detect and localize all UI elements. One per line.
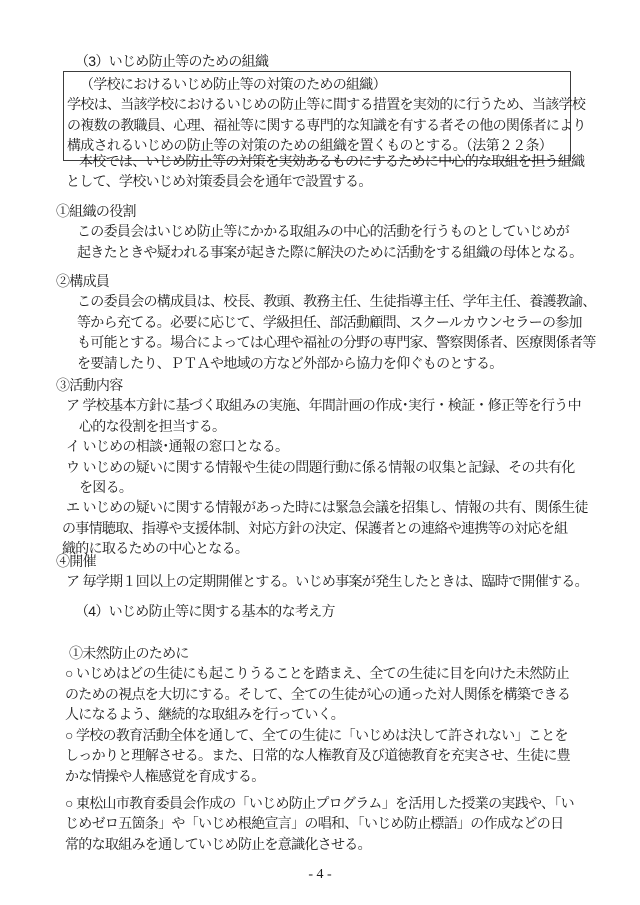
list-item-e: エ いじめの疑いに関する情報があった時には緊急会議を招集し、情報の共有、関係生徒 — [66, 497, 588, 517]
org-role-heading: ①組織の役割 — [56, 201, 582, 221]
list-item-e-cont: の事情聴取、指導や支援体制、対応方針の決定、保護者との連絡や連携等の対応を組 — [62, 518, 588, 538]
section-meeting: ④開催 ア 毎学期１回以上の定期開催とする。いじめ事案が発生したときは、臨時で開… — [56, 551, 588, 592]
intro-paragraph: 本校では、いじめ防止等の対策を実効あるものにするために中心的な取組を担う組織 と… — [66, 151, 584, 192]
meeting-heading: ④開催 — [56, 551, 588, 571]
list-item-u-cont: を図る。 — [79, 477, 588, 497]
list-item-a-cont: 心的な役割を担当する。 — [79, 416, 588, 436]
section-prevention: ①未然防止のために ○ いじめはどの生徒にも起こりうることを踏まえ、全ての生徒に… — [65, 643, 570, 725]
body-line: しっかりと理解させる。また、日常的な人権教育及び道徳教育を充実させ、生徒に豊 — [65, 745, 570, 765]
body-line: ○ 東松山市教育委員会作成の「いじめ防止プログラム」を活用した授業の実践や、「い — [65, 793, 574, 813]
list-item-a: ア 学校基本方針に基づく取組みの実施、年間計画の作成･実行・検証・修正等を行う中 — [66, 395, 588, 415]
prevention-heading: ①未然防止のために — [69, 643, 570, 663]
body-line: この委員会の構成員は、校長、教頭、教務主任、生徒指導主任、学年主任、養護教諭、 — [77, 291, 596, 311]
body-line: 本校では、いじめ防止等の対策を実効あるものにするために中心的な取組を担う組織 — [66, 151, 584, 171]
body-line: かな情操や人権感覚を育成する。 — [65, 766, 570, 786]
body-line: 起きたときや疑われる事案が起きた際に解決のために活動をする組織の母体となる。 — [77, 242, 582, 262]
body-line: のための視点を大切にする。そして、全ての生徒が心の通った対人関係を構築できる — [65, 684, 570, 704]
section4-heading: （4）いじめ防止等に関する基本的な考え方 — [75, 601, 335, 621]
body-line: も可能とする。場合によっては心理や福祉の分野の専門家、警察関係者、医療関係者等 — [77, 332, 596, 352]
list-item-i: イ いじめの相談･通報の窓口となる。 — [66, 436, 588, 456]
law-quote-box: （学校におけるいじめ防止等の対策のための組織） 学校は、当該学校におけるいじめの… — [63, 71, 571, 161]
body-line: ○ いじめはどの生徒にも起こりうることを踏まえ、全ての生徒に目を向けた未然防止 — [65, 663, 570, 683]
prevention-paragraph-3: ○ 東松山市教育委員会作成の「いじめ防止プログラム」を活用した授業の実践や、「い… — [65, 793, 574, 854]
law-box-title-line: （学校におけるいじめ防止等の対策のための組織） — [64, 74, 570, 94]
law-box-line: 学校は、当該学校におけるいじめの防止等に間する措置を実効的に行うため、当該学校 — [64, 94, 570, 114]
body-line: を要請したり、ＰＴＡや地域の方など外部から協力を仰ぐものとする。 — [77, 353, 596, 373]
list-item-u: ウ いじめの疑いに関する情報や生徒の問題行動に係る情報の収集と記録、その共有化 — [66, 457, 588, 477]
body-line: この委員会はいじめ防止等にかかる取組みの中心的活動を行うものとしていじめが — [77, 221, 582, 241]
section3-heading: （3）いじめ防止等のための組織 — [75, 51, 268, 71]
members-heading: ②構成員 — [56, 271, 596, 291]
section-org-role: ①組織の役割 この委員会はいじめ防止等にかかる取組みの中心的活動を行うものとして… — [56, 201, 582, 262]
document-page: （3）いじめ防止等のための組織 （学校におけるいじめ防止等の対策のための組織） … — [0, 0, 640, 905]
page-number: - 4 - — [0, 867, 640, 883]
section-activities: ③活動内容 ア 学校基本方針に基づく取組みの実施、年間計画の作成･実行・検証・修… — [56, 375, 588, 559]
body-line: 等から充てる。必要に応じて、学級担任、部活動顧問、スクールカウンセラーの参加 — [77, 312, 596, 332]
body-line: 人になるよう、継続的な取組みを行っていく。 — [65, 704, 570, 724]
prevention-paragraph-2: ○ 学校の教育活動全体を通して、全ての生徒に「いじめは決して許されない」ことを … — [65, 725, 570, 786]
section-members: ②構成員 この委員会の構成員は、校長、教頭、教務主任、生徒指導主任、学年主任、養… — [56, 271, 596, 373]
body-line: として、学校いじめ対策委員会を通年で設置する。 — [66, 171, 584, 191]
body-line: 常的な取組みを通していじめ防止を意識化させる。 — [65, 834, 574, 854]
activities-heading: ③活動内容 — [56, 375, 588, 395]
body-line: じめゼロ五箇条」や「いじめ根絶宣言」の唱和、「いじめ防止標語」の作成などの日 — [65, 813, 574, 833]
law-box-line: の複数の教職員、心理、福祉等に関する専門的な知識を有する者その他の関係者により — [64, 115, 570, 135]
list-item-a: ア 毎学期１回以上の定期開催とする。いじめ事案が発生したときは、臨時で開催する。 — [66, 571, 588, 591]
body-line: ○ 学校の教育活動全体を通して、全ての生徒に「いじめは決して許されない」ことを — [65, 725, 570, 745]
